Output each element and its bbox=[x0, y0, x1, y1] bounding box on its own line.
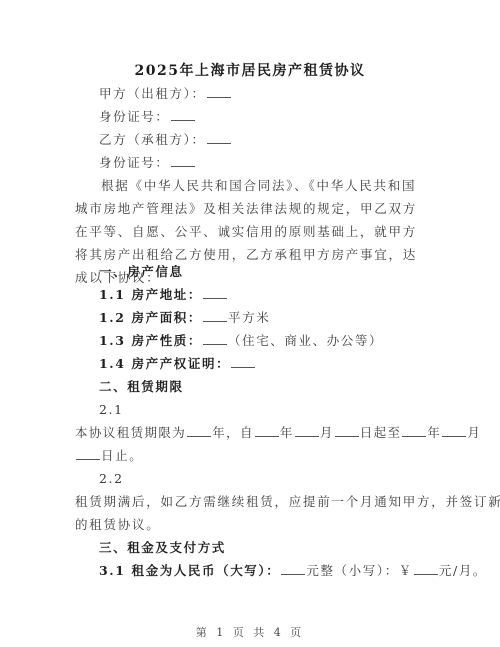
party-b-line: 乙方（承租方）： bbox=[99, 132, 232, 148]
start-month-blank[interactable] bbox=[295, 426, 319, 437]
property-address-label: 1.1 房产地址： bbox=[99, 287, 202, 302]
property-type-blank[interactable] bbox=[203, 334, 227, 345]
renewal-line1: 租赁期满后，如乙方需继续租赁，应提前一个月通知甲方，并签订新 bbox=[75, 494, 500, 510]
party-b-id-label: 身份证号： bbox=[99, 155, 170, 170]
start-month-text: 月 bbox=[320, 425, 334, 440]
property-area-unit: 平方米 bbox=[228, 310, 270, 325]
property-area-blank[interactable] bbox=[203, 311, 227, 322]
section2-item2-number: 2.2 bbox=[99, 471, 124, 487]
party-a-blank[interactable] bbox=[207, 87, 231, 98]
property-address-blank[interactable] bbox=[203, 288, 227, 299]
party-b-label: 乙方（承租方）： bbox=[99, 132, 206, 147]
property-cert-blank[interactable] bbox=[231, 357, 255, 368]
party-a-line: 甲方（出租方）： bbox=[99, 86, 232, 102]
party-a-id-blank[interactable] bbox=[171, 110, 195, 121]
section2-heading: 二、租赁期限 bbox=[99, 379, 184, 395]
renewal-line2: 的租赁协议。 bbox=[75, 517, 161, 533]
section1-item4: 1.4 房产产权证明： bbox=[99, 356, 256, 372]
rent-unit: 元/月。 bbox=[439, 563, 487, 578]
end-day-text: 日止。 bbox=[101, 448, 143, 463]
property-cert-label: 1.4 房产产权证明： bbox=[99, 356, 230, 371]
lease-term-line2: 日止。 bbox=[75, 448, 143, 464]
end-day-blank[interactable] bbox=[76, 449, 100, 460]
lease-term-text: 本协议租赁期限为 bbox=[75, 425, 186, 440]
rent-lowercase-blank[interactable] bbox=[414, 564, 438, 575]
rent-uppercase-blank[interactable] bbox=[281, 564, 305, 575]
document-title: 2025年上海市居民房产租赁协议 bbox=[0, 60, 500, 80]
end-year-text: 年 bbox=[427, 425, 441, 440]
start-year-blank[interactable] bbox=[255, 426, 279, 437]
document-page: 2025年上海市居民房产租赁协议 甲方（出租方）： 身份证号： 乙方（承租方）：… bbox=[0, 0, 500, 647]
start-day-text: 日起至 bbox=[360, 425, 402, 440]
party-b-id-blank[interactable] bbox=[171, 156, 195, 167]
rent-lowercase-label: 元整（小写）：￥ bbox=[306, 563, 413, 578]
section1-item1: 1.1 房产地址： bbox=[99, 287, 228, 303]
party-a-id-line: 身份证号： bbox=[99, 109, 196, 125]
start-day-blank[interactable] bbox=[335, 426, 359, 437]
section3-heading: 三、租金及支付方式 bbox=[99, 540, 226, 556]
property-area-label: 1.2 房产面积： bbox=[99, 310, 202, 325]
section1-heading: 一、房产信息 bbox=[99, 264, 184, 280]
section1-item2: 1.2 房产面积：平方米 bbox=[99, 310, 270, 326]
section3-item1: 3.1 租金为人民币（大写）：元整（小写）：￥元/月。 bbox=[99, 563, 487, 579]
property-type-hint: （住宅、商业、办公等） bbox=[228, 333, 383, 348]
section2-item1-number: 2.1 bbox=[99, 402, 124, 418]
end-month-blank[interactable] bbox=[442, 426, 466, 437]
end-year-blank[interactable] bbox=[402, 426, 426, 437]
party-b-blank[interactable] bbox=[207, 133, 231, 144]
party-a-id-label: 身份证号： bbox=[99, 109, 170, 124]
page-footer: 第 1 页 共 4 页 bbox=[0, 624, 500, 640]
start-year-text: 年 bbox=[280, 425, 294, 440]
lease-from-text: 年，自 bbox=[212, 425, 254, 440]
lease-years-blank[interactable] bbox=[187, 426, 211, 437]
property-type-label: 1.3 房产性质： bbox=[99, 333, 202, 348]
lease-term-line: 本协议租赁期限为年，自年月日起至年月 bbox=[75, 425, 481, 441]
party-b-id-line: 身份证号： bbox=[99, 155, 196, 171]
end-month-text: 月 bbox=[467, 425, 481, 440]
party-a-label: 甲方（出租方）： bbox=[99, 86, 206, 101]
section1-item3: 1.3 房产性质：（住宅、商业、办公等） bbox=[99, 333, 383, 349]
rent-uppercase-label: 3.1 租金为人民币（大写）： bbox=[99, 563, 280, 578]
